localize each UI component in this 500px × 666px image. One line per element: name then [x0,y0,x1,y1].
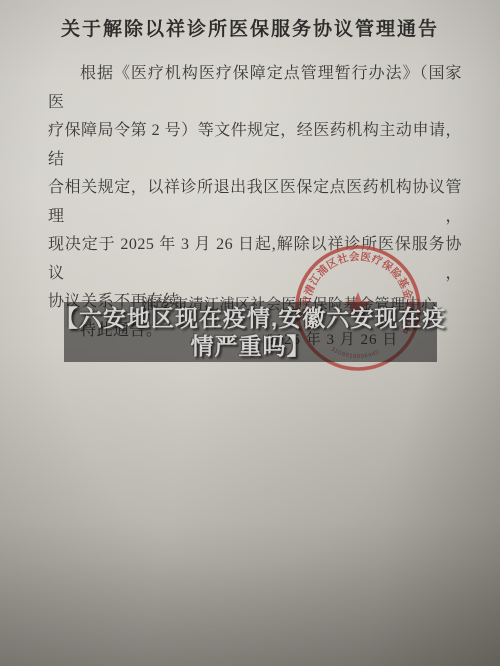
document-photo: 关于解除以祥诊所医保服务协议管理通告 根据《医疗机构医疗保障定点管理暂行办法》（… [0,0,500,666]
overlay-banner: 【六安地区现在疫情,安徽六安现在疫 情严重吗】 [64,302,437,362]
notice-title: 关于解除以祥诊所医保服务协议管理通告 [0,14,500,41]
body-line-3: 合相关规定，以祥诊所退出我区医保定点医药机构协议管理， [48,174,462,231]
body-line-2: 疗保障局令第 2 号）等文件规定，经医药机构主动申请，结 [48,117,462,174]
overlay-text-line2: 情严重吗】 [191,332,311,360]
overlay-text-line1: 【六安地区现在疫情,安徽六安现在疫 [55,304,446,332]
body-line-1: 根据《医疗机构医疗保障定点管理暂行办法》（国家医 [48,60,462,117]
